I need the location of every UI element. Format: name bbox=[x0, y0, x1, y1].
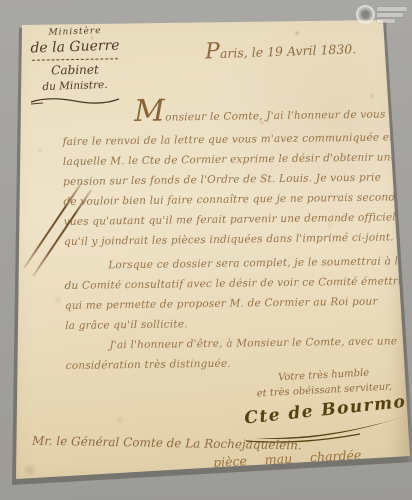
body-line: qu'il y joindrait les pièces indiquées d… bbox=[64, 227, 404, 252]
watermark-text-bar bbox=[377, 7, 407, 11]
letterhead-guerre: de la Guerre bbox=[28, 37, 123, 56]
watermark-icon bbox=[356, 4, 410, 26]
letterhead-divider bbox=[32, 58, 118, 61]
body-line: Monsieur le Comte, J'ai l'honneur de vou… bbox=[62, 95, 402, 132]
watermark-text-bar bbox=[377, 19, 395, 23]
letterhead: Ministère de la Guerre Cabinet du Minist… bbox=[28, 27, 122, 106]
letter-body: Monsieur le Comte, J'ai l'honneur de vou… bbox=[62, 95, 406, 376]
letterhead-cabinet: Cabinet bbox=[28, 62, 122, 78]
watermark-text-bar bbox=[377, 13, 403, 17]
letterhead-ministre: du Ministre. bbox=[28, 78, 122, 93]
watermark-emblem-icon bbox=[356, 5, 375, 24]
letterhead-ministere: Ministère bbox=[28, 25, 122, 38]
dateline: Paris, le 19 Avril 1830. bbox=[205, 33, 406, 65]
letter-photo: Ministère de la Guerre Cabinet du Minist… bbox=[0, 0, 412, 500]
letter-paper: Ministère de la Guerre Cabinet du Minist… bbox=[0, 0, 412, 500]
